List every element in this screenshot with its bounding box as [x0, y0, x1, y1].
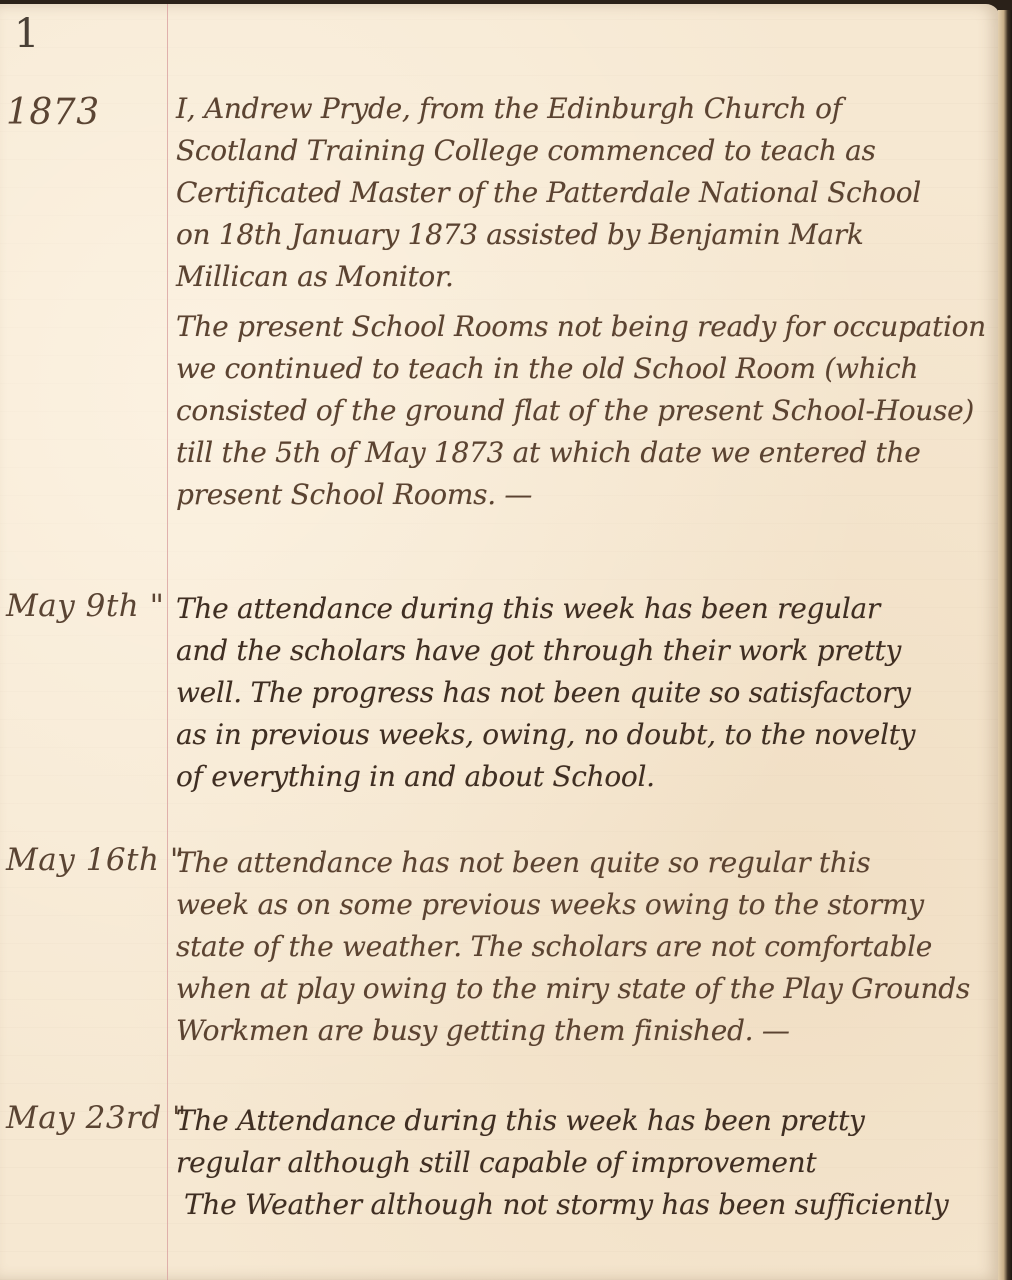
- text-line: Workmen are busy getting them finished. …: [176, 1010, 991, 1052]
- page-number: 1: [14, 14, 39, 54]
- text-line: when at play owing to the miry state of …: [176, 968, 991, 1010]
- text-line: we continued to teach in the old School …: [176, 348, 991, 390]
- text-line: on 18th January 1873 assisted by Benjami…: [176, 214, 991, 256]
- text-line: well. The progress has not been quite so…: [176, 672, 991, 714]
- text-line: I, Andrew Pryde, from the Edinburgh Chur…: [176, 88, 991, 130]
- text-line: The Weather although not stormy has been…: [176, 1184, 991, 1226]
- book-binding-edge: [998, 10, 1012, 1280]
- margin-rule: [167, 4, 168, 1280]
- text-line: The attendance has not been quite so reg…: [176, 842, 991, 884]
- text-line: and the scholars have got through their …: [176, 630, 991, 672]
- entry-text: The attendance has not been quite so reg…: [176, 842, 991, 1052]
- entry-text: The Attendance during this week has been…: [176, 1100, 991, 1226]
- text-line: Certificated Master of the Patterdale Na…: [176, 172, 991, 214]
- text-line: as in previous weeks, owing, no doubt, t…: [176, 714, 991, 756]
- text-line: present School Rooms. —: [176, 474, 991, 516]
- text-line: till the 5th of May 1873 at which date w…: [176, 432, 991, 474]
- entry-date: May 9th ": [6, 588, 161, 624]
- text-line: Millican as Monitor.: [176, 256, 991, 298]
- entry-text: I, Andrew Pryde, from the Edinburgh Chur…: [176, 88, 991, 516]
- text-line: state of the weather. The scholars are n…: [176, 926, 991, 968]
- entry-date: May 16th ": [6, 842, 161, 878]
- logbook-page: 1 1873 I, Andrew Pryde, from the Edinbur…: [0, 4, 1000, 1280]
- text-line: regular although still capable of improv…: [176, 1142, 991, 1184]
- text-line: week as on some previous weeks owing to …: [176, 884, 991, 926]
- text-line: consisted of the ground flat of the pres…: [176, 390, 991, 432]
- entry-date: May 23rd ": [6, 1100, 161, 1136]
- text-line: Scotland Training College commenced to t…: [176, 130, 991, 172]
- text-line: The Attendance during this week has been…: [176, 1100, 991, 1142]
- entry-date: 1873: [6, 92, 161, 133]
- text-line: The present School Rooms not being ready…: [176, 306, 991, 348]
- entry-text: The attendance during this week has been…: [176, 588, 991, 798]
- text-line: of everything in and about School.: [176, 756, 991, 798]
- text-line: The attendance during this week has been…: [176, 588, 991, 630]
